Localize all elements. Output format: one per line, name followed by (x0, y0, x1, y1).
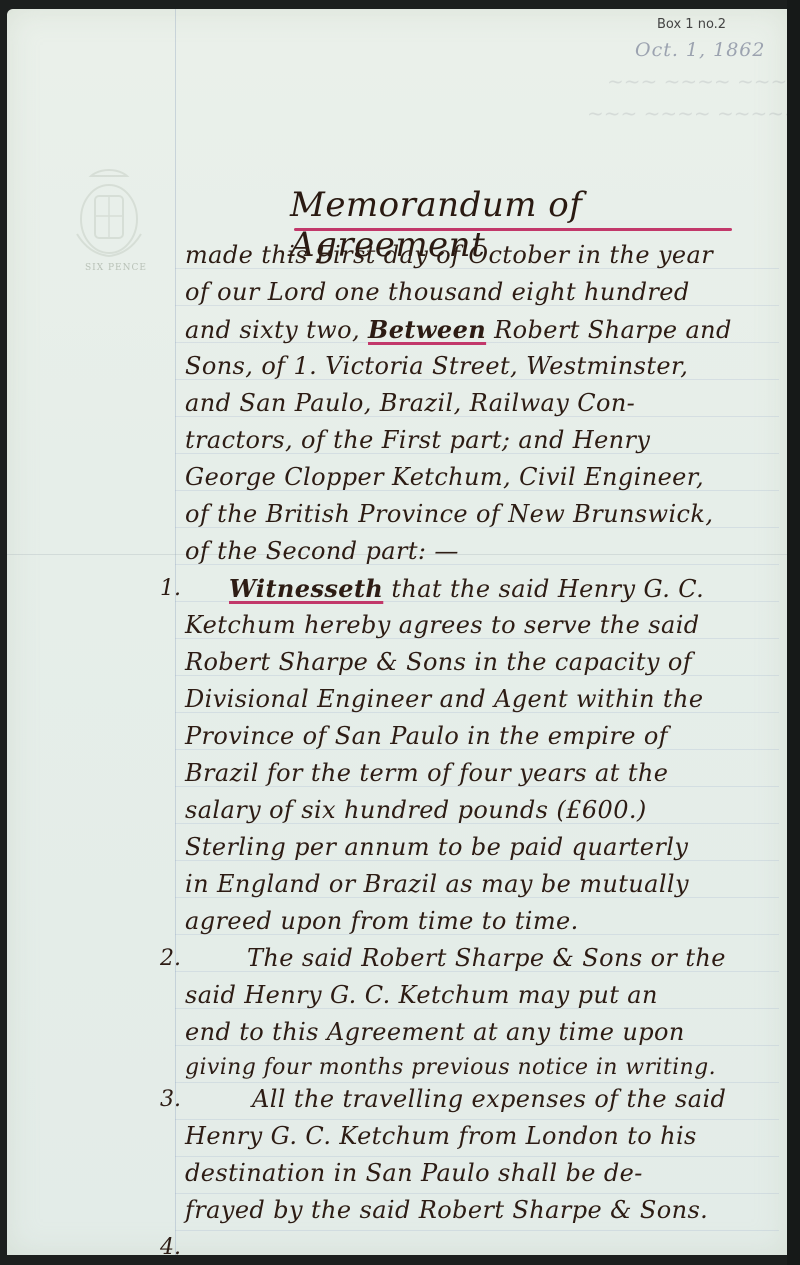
clause-number: 1. (160, 576, 181, 601)
ruled-line (175, 1193, 779, 1194)
ruled-line (175, 1119, 779, 1120)
ruled-line (175, 1156, 779, 1157)
title-underline (294, 228, 732, 231)
between-keyword: Between (368, 315, 486, 344)
clause-line: end to this Agreement at any time upon (185, 1018, 685, 1046)
show-through-text: ~~~ ~~~~ ~~~~~ (587, 101, 800, 125)
clause-line: salary of six hundred pounds (£600.) (185, 796, 647, 824)
clause-line: giving four months previous notice in wr… (185, 1055, 716, 1080)
clause-line: Ketchum hereby agrees to serve the said (185, 611, 700, 639)
preamble-line: made this First day of October in the ye… (185, 241, 713, 269)
clause-line: Robert Sharpe & Sons in the capacity of (185, 648, 692, 676)
page-frame-edge (787, 0, 800, 1265)
preamble-line: Sons, of 1. Victoria Street, Westminster… (185, 352, 688, 380)
preamble-line: of the Second part: — (185, 537, 459, 565)
clause-line: agreed upon from time to time. (185, 907, 579, 935)
clause-line: All the travelling expenses of the said (252, 1085, 726, 1113)
embossed-revenue-stamp-icon (69, 164, 149, 274)
preamble-line: of our Lord one thousand eight hundred (185, 278, 690, 306)
clause-text: that the said Henry G. C. (391, 575, 704, 603)
clause-line: Brazil for the term of four years at the (185, 759, 668, 787)
margin-rule (175, 9, 176, 1255)
archive-date-annotation: Oct. 1, 1862 (635, 39, 765, 61)
document-page: ~~~ ~~~~ ~~~ ~~~ ~~~~ ~~~~~ Box 1 no.2 O… (7, 9, 787, 1255)
clause-line: Sterling per annum to be paid quarterly (185, 833, 688, 861)
witnesseth-keyword: Witnesseth (229, 574, 383, 603)
preamble-line: of the British Province of New Brunswick… (185, 500, 713, 528)
stamp-value-text: SIX PENCE (85, 263, 147, 273)
preamble-line: and San Paulo, Brazil, Railway Con- (185, 389, 635, 417)
clause-line: The said Robert Sharpe & Sons or the (247, 944, 726, 972)
preamble-text: and sixty two, (185, 316, 360, 344)
clause-number: 3. (160, 1087, 181, 1112)
preamble-line: tractors, of the First part; and Henry (185, 426, 650, 454)
clause-line: Henry G. C. Ketchum from London to his (185, 1122, 697, 1150)
archive-box-label: Box 1 no.2 (657, 17, 726, 32)
clause-line: said Henry G. C. Ketchum may put an (185, 981, 658, 1009)
clause-line: Divisional Engineer and Agent within the (185, 685, 703, 713)
clause-line: Witnesseth that the said Henry G. C. (229, 574, 704, 603)
clause-line: Province of San Paulo in the empire of (185, 722, 668, 750)
clause-number: 2. (160, 946, 181, 971)
show-through-text: ~~~ ~~~~ ~~~ (607, 69, 787, 93)
clause-line: destination in San Paulo shall be de- (185, 1159, 643, 1187)
preamble-line: George Clopper Ketchum, Civil Engineer, (185, 463, 704, 491)
ruled-line (175, 1082, 779, 1083)
clause-number: 4. (160, 1235, 181, 1260)
preamble-line: and sixty two, Between Robert Sharpe and (185, 315, 732, 344)
preamble-text: Robert Sharpe and (494, 316, 732, 344)
clause-line: frayed by the said Robert Sharpe & Sons. (185, 1196, 708, 1224)
ruled-line (175, 1230, 779, 1231)
clause-line: in England or Brazil as may be mutually (185, 870, 689, 898)
